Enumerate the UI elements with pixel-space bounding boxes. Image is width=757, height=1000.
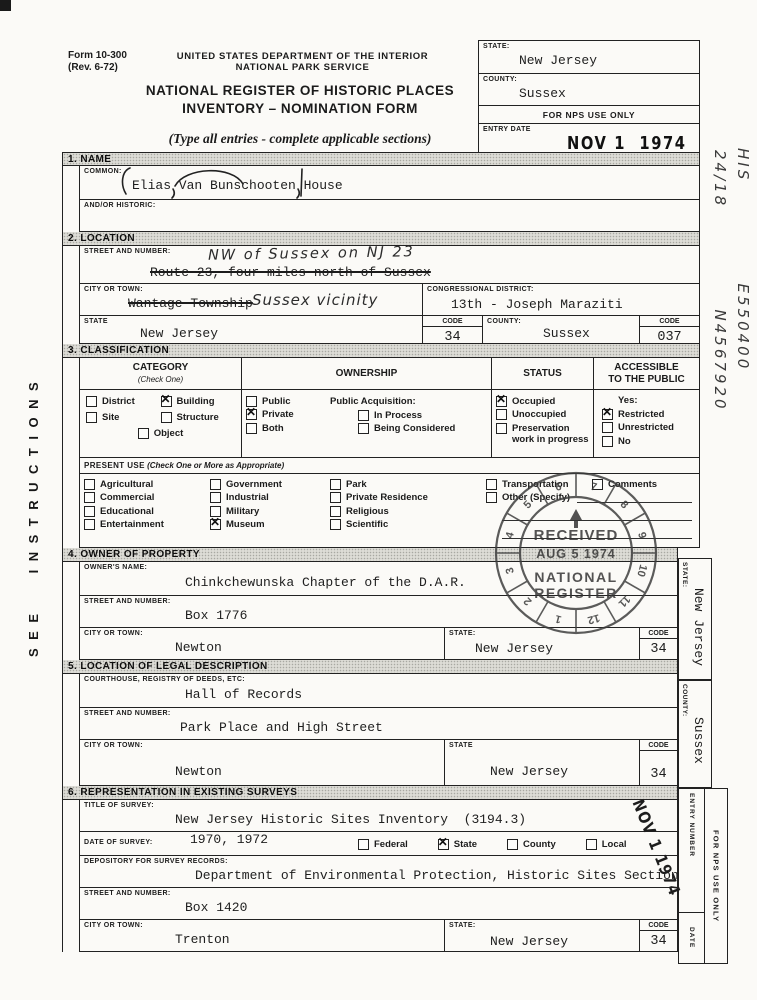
- owner-street-field: STREET AND NUMBER: Box 1776: [80, 596, 677, 628]
- checkbox-item-unoccupied[interactable]: Unoccupied: [496, 409, 589, 420]
- checkbox-site[interactable]: [86, 412, 97, 423]
- checkbox-item-private[interactable]: Private: [246, 409, 324, 420]
- for-nps-use-only-label: FOR NPS USE ONLY: [712, 830, 721, 922]
- margin-county-box: COUNTY: Sussex: [678, 680, 712, 788]
- city-label: CITY OR TOWN:: [84, 630, 143, 637]
- survey-code-field: CODE 34: [639, 920, 677, 951]
- checkbox-label-park: Park: [346, 479, 367, 490]
- margin-county-label: COUNTY:: [681, 684, 688, 717]
- checkbox-item-industrial[interactable]: Industrial: [210, 492, 330, 503]
- code-label: CODE: [423, 316, 482, 327]
- margin-state-box: STATE: New Jersey: [678, 558, 712, 680]
- owner-state-value: New Jersey: [475, 641, 553, 656]
- checkbox-item-public[interactable]: Public: [246, 396, 324, 407]
- checkbox-building[interactable]: [161, 396, 172, 407]
- county-label: COUNTY:: [483, 76, 517, 83]
- state-code-value: 34: [423, 330, 482, 345]
- status-checklist: OccupiedUnoccupiedPreservation work in p…: [492, 390, 593, 450]
- state-label: STATE:: [483, 43, 510, 50]
- courthouse-field: COURTHOUSE, REGISTRY OF DEEDS, ETC: Hall…: [80, 674, 677, 708]
- checkbox-label-restricted: Restricted: [618, 409, 664, 420]
- state-label: STATE: [449, 742, 473, 749]
- code-label: CODE: [640, 316, 699, 327]
- code-label: CODE: [640, 920, 677, 931]
- entry-number-cell: ENTRY NUMBER: [679, 789, 704, 913]
- courthouse-label: COURTHOUSE, REGISTRY OF DEEDS, ETC:: [84, 676, 245, 683]
- checkbox-occupied[interactable]: [496, 396, 507, 407]
- checkbox-unoccupied[interactable]: [496, 409, 507, 420]
- use-column-4: TransportationOther (Specify): [486, 476, 592, 547]
- section-3-header: 3. CLASSIFICATION: [63, 344, 699, 358]
- accessible-title-line2: TO THE PUBLIC: [608, 374, 684, 385]
- checkbox-item-comments[interactable]: Comments: [592, 479, 699, 490]
- for-nps-use-only-column: FOR NPS USE ONLY: [705, 789, 727, 963]
- checkbox-label-both: Both: [262, 423, 284, 434]
- checkbox-item-park[interactable]: Park: [330, 479, 486, 490]
- accessible-title-line1: ACCESSIBLE: [614, 362, 678, 373]
- accessible-column: ACCESSIBLE TO THE PUBLIC Yes: Restricted…: [593, 358, 699, 457]
- checkbox-item-government[interactable]: Government: [210, 479, 330, 490]
- checkbox-structure[interactable]: [161, 412, 172, 423]
- present-use-grid: AgriculturalCommercialEducationalEnterta…: [80, 474, 699, 548]
- present-use-label: PRESENT USE: [84, 461, 145, 470]
- checkbox-transportation[interactable]: [486, 479, 497, 490]
- checkbox-label-local: Local: [602, 839, 627, 850]
- common-name-value: Elias Van Bunschooten House: [132, 178, 343, 193]
- street-struck-value: Route 23, four miles north of Sussex: [150, 265, 431, 280]
- owner-city-row: CITY OR TOWN: Newton STATE: New Jersey C…: [80, 628, 677, 660]
- owner-name-field: OWNER'S NAME: Chinkchewunska Chapter of …: [80, 562, 677, 596]
- depository-label: DEPOSITORY FOR SURVEY RECORDS:: [84, 858, 228, 865]
- survey-title-value: New Jersey Historic Sites Inventory (319…: [175, 812, 526, 827]
- checkbox-preservation-work-in-progress[interactable]: [496, 423, 507, 434]
- handwritten-utm-note-inner: 24/18 N4567920: [711, 150, 729, 412]
- survey-city-value: Trenton: [175, 932, 230, 947]
- survey-date-field: DATE OF SURVEY: 1970, 1972 FederalStateC…: [80, 832, 677, 856]
- margin-state-label: STATE:: [681, 562, 688, 588]
- checkbox-private[interactable]: [246, 409, 257, 420]
- common-name-field: COMMON: Elias Van Bunschooten House: [80, 166, 699, 200]
- state-value: New Jersey: [140, 326, 218, 341]
- checkbox-label-industrial: Industrial: [226, 492, 269, 503]
- district-label: CONGRESSIONAL DISTRICT:: [427, 286, 534, 293]
- section-1-header: 1. NAME: [63, 152, 699, 166]
- code-label: CODE: [640, 628, 677, 639]
- city-field: CITY OR TOWN: Wantage Township Sussex vi…: [80, 284, 422, 315]
- checkbox-unrestricted[interactable]: [602, 422, 613, 433]
- category-checklist: DistrictBuildingSiteStructureObject: [80, 390, 241, 444]
- owner-code-field: CODE 34: [639, 628, 677, 659]
- acquisition-group: Public Acquisition: In ProcessBeing Cons…: [328, 390, 491, 440]
- entry-number-label: ENTRY NUMBER: [688, 789, 695, 912]
- checkbox-state[interactable]: [438, 839, 449, 850]
- ownership-column: OWNERSHIP PublicPrivateBoth Public Acqui…: [241, 358, 491, 457]
- checkbox-local[interactable]: [586, 839, 597, 850]
- category-title-text: CATEGORY: [133, 362, 189, 373]
- survey-city-field: CITY OR TOWN: Trenton: [80, 920, 444, 951]
- checkbox-label-agricultural: Agricultural: [100, 479, 153, 490]
- checkbox-item-preservation-work-in-progress[interactable]: Preservation work in progress: [496, 423, 589, 445]
- margin-nps-use-box: ENTRY NUMBER DATE FOR NPS USE ONLY: [678, 788, 728, 964]
- street-label: STREET AND NUMBER:: [84, 710, 171, 717]
- owner-name-value: Chinkchewunska Chapter of the D.A.R.: [185, 575, 466, 590]
- category-column: CATEGORY (Check One) DistrictBuildingSit…: [80, 358, 241, 457]
- section-3-classification: 3. CLASSIFICATION CATEGORY (Check One) D…: [62, 344, 700, 548]
- depository-value: Department of Environmental Protection, …: [195, 868, 679, 883]
- congressional-district-field: CONGRESSIONAL DISTRICT: 13th - Joseph Ma…: [422, 284, 699, 315]
- city-label: CITY OR TOWN:: [84, 922, 143, 929]
- survey-level-checklist: FederalStateCountyLocal: [358, 836, 627, 852]
- department-heading: UNITED STATES DEPARTMENT OF THE INTERIOR…: [130, 51, 475, 73]
- checkbox-entertainment[interactable]: [84, 519, 95, 530]
- county-field: COUNTY: Sussex: [482, 316, 639, 343]
- see-instructions-note: SEE INSTRUCTIONS: [26, 374, 41, 657]
- checkbox-label-scientific: Scientific: [346, 519, 388, 530]
- entry-date-stamp: NOV 1 1974: [567, 134, 687, 154]
- checkbox-item-educational[interactable]: Educational: [84, 506, 210, 517]
- checkbox-label-object: Object: [154, 428, 184, 439]
- checkbox-label-military: Military: [226, 506, 259, 517]
- checkbox-label-other-specify: Other (Specify): [502, 492, 570, 503]
- section-5-legal: 5. LOCATION OF LEGAL DESCRIPTION COURTHO…: [62, 660, 678, 786]
- checkbox-label-structure: Structure: [177, 412, 219, 423]
- use-column-3: ParkPrivate ResidenceReligiousScientific: [330, 476, 486, 547]
- owner-state-field: STATE: New Jersey: [444, 628, 639, 659]
- survey-date-value: 1970, 1972: [190, 832, 268, 847]
- checkbox-item-both[interactable]: Both: [246, 423, 324, 434]
- checkbox-no[interactable]: [602, 436, 613, 447]
- checkbox-item-military[interactable]: Military: [210, 506, 330, 517]
- checkbox-label-state: State: [454, 839, 477, 850]
- entry-date-label: ENTRY DATE: [483, 126, 531, 133]
- date-cell: DATE: [679, 913, 704, 963]
- checkbox-in-process[interactable]: [358, 410, 369, 421]
- survey-code-value: 34: [640, 934, 677, 949]
- checkbox-being-considered[interactable]: [358, 423, 369, 434]
- section-4-header: 4. OWNER OF PROPERTY: [63, 548, 677, 562]
- checkbox-label-federal: Federal: [374, 839, 408, 850]
- use-column-1: AgriculturalCommercialEducationalEnterta…: [84, 476, 210, 547]
- survey-title-label: TITLE OF SURVEY:: [84, 802, 154, 809]
- owner-city-field: CITY OR TOWN: Newton: [80, 628, 444, 659]
- scan-corner-artifact: [0, 0, 11, 11]
- checkbox-industrial[interactable]: [210, 492, 221, 503]
- agency-line: NATIONAL PARK SERVICE: [130, 62, 475, 73]
- owner-street-value: Box 1776: [185, 608, 247, 623]
- street-handwritten-value: NW of Sussex on NJ 23: [208, 244, 415, 264]
- checkbox-label-site: Site: [102, 412, 119, 423]
- form-number: Form 10-300 (Rev. 6-72): [68, 50, 127, 74]
- form-title-line2: INVENTORY – NOMINATION FORM: [95, 101, 505, 116]
- checkbox-museum[interactable]: [210, 519, 221, 530]
- checkbox-both[interactable]: [246, 423, 257, 434]
- category-title: CATEGORY (Check One): [80, 358, 241, 390]
- checkbox-county[interactable]: [507, 839, 518, 850]
- accessible-title: ACCESSIBLE TO THE PUBLIC: [594, 358, 699, 390]
- for-nps-use-only-bar: FOR NPS USE ONLY: [479, 105, 699, 123]
- street-field: STREET AND NUMBER: NW of Sussex on NJ 23…: [80, 246, 699, 284]
- checkbox-object[interactable]: [138, 428, 149, 439]
- historic-name-field: AND/OR HISTORIC:: [80, 200, 699, 232]
- checkbox-item-no[interactable]: No: [602, 436, 695, 447]
- state-code-field: CODE 34: [422, 316, 482, 343]
- other-specify-line: [577, 502, 692, 503]
- legal-city-field: CITY OR TOWN: Newton: [80, 740, 444, 785]
- section-1-name: 1. NAME COMMON: Elias Van Bunschooten Ho…: [62, 152, 700, 232]
- checkbox-label-museum: Museum: [226, 519, 265, 530]
- checkbox-commercial[interactable]: [84, 492, 95, 503]
- checkbox-label-educational: Educational: [100, 506, 154, 517]
- other-specify-line: [502, 520, 692, 521]
- checkbox-label-private-residence: Private Residence: [346, 492, 428, 503]
- county-label: COUNTY:: [487, 318, 521, 325]
- survey-street-field: STREET AND NUMBER: Box 1420: [80, 888, 677, 920]
- checkbox-item-district[interactable]: District: [86, 396, 161, 407]
- state-value: New Jersey: [519, 53, 597, 68]
- handwritten-utm-note-outer: HIS E550400: [734, 148, 752, 371]
- city-handwritten-value: Sussex vicinity: [252, 291, 378, 309]
- ownership-title: OWNERSHIP: [242, 358, 491, 390]
- survey-state-value: New Jersey: [490, 934, 568, 949]
- present-use-subtitle: (Check One or More as Appropriate): [147, 461, 284, 470]
- checkbox-item-museum[interactable]: Museum: [210, 519, 330, 530]
- checkbox-label-county: County: [523, 839, 556, 850]
- margin-county-value: Sussex: [681, 717, 706, 764]
- checkbox-agricultural[interactable]: [84, 479, 95, 490]
- checkbox-item-religious[interactable]: Religious: [330, 506, 486, 517]
- city-label: CITY OR TOWN:: [84, 286, 143, 293]
- category-subtitle: (Check One): [80, 374, 241, 386]
- county-code-field: CODE 037: [639, 316, 699, 343]
- checkbox-label-comments: Comments: [608, 479, 657, 490]
- checkbox-item-occupied[interactable]: Occupied: [496, 396, 589, 407]
- date-label: DATE: [688, 927, 695, 948]
- legal-state-field: STATE New Jersey: [444, 740, 639, 785]
- ownership-checklist: PublicPrivateBoth: [242, 390, 328, 440]
- checkbox-item-commercial[interactable]: Commercial: [84, 492, 210, 503]
- checkbox-label-in-process: In Process: [374, 410, 422, 421]
- checkbox-item-being-considered[interactable]: Being Considered: [358, 423, 489, 434]
- survey-city-row: CITY OR TOWN: Trenton STATE: New Jersey …: [80, 920, 677, 952]
- common-label: COMMON:: [84, 168, 122, 175]
- district-value: 13th - Joseph Maraziti: [451, 297, 623, 312]
- use-column-2: GovernmentIndustrialMilitaryMuseum: [210, 476, 330, 547]
- legal-street-field: STREET AND NUMBER: Park Place and High S…: [80, 708, 677, 740]
- county-value: Sussex: [543, 326, 590, 341]
- section-2-location: 2. LOCATION STREET AND NUMBER: NW of Sus…: [62, 232, 700, 344]
- checkbox-religious[interactable]: [330, 506, 341, 517]
- checkbox-government[interactable]: [210, 479, 221, 490]
- checkbox-item-federal[interactable]: Federal: [358, 839, 408, 850]
- checkbox-label-public: Public: [262, 396, 291, 407]
- state-county-code-row: STATE New Jersey CODE 34 COUNTY: Sussex …: [80, 316, 699, 344]
- survey-title-field: TITLE OF SURVEY: New Jersey Historic Sit…: [80, 800, 677, 832]
- checkbox-item-state[interactable]: State: [438, 839, 477, 850]
- courthouse-value: Hall of Records: [185, 687, 302, 702]
- form-title-line1: NATIONAL REGISTER OF HISTORIC PLACES: [95, 83, 505, 98]
- form-number-line2: (Rev. 6-72): [68, 62, 127, 74]
- checkbox-item-scientific[interactable]: Scientific: [330, 519, 486, 530]
- city-struck-value: Wantage Township: [128, 296, 253, 311]
- checkbox-educational[interactable]: [84, 506, 95, 517]
- accessible-group: Yes: RestrictedUnrestrictedNo: [594, 390, 699, 452]
- checkbox-item-unrestricted[interactable]: Unrestricted: [602, 422, 695, 433]
- county-value: Sussex: [519, 86, 566, 101]
- checkbox-label-no: No: [618, 436, 631, 447]
- use-column-5: Comments: [592, 476, 699, 547]
- department-line: UNITED STATES DEPARTMENT OF THE INTERIOR: [130, 51, 475, 62]
- scanned-nomination-form-page: Form 10-300 (Rev. 6-72) UNITED STATES DE…: [0, 0, 757, 1000]
- status-title: STATUS: [492, 358, 593, 390]
- street-label: STREET AND NUMBER:: [84, 598, 171, 605]
- legal-street-value: Park Place and High Street: [180, 720, 383, 735]
- checkbox-other-specify[interactable]: [486, 492, 497, 503]
- legal-state-value: New Jersey: [490, 764, 568, 779]
- checkbox-label-unoccupied: Unoccupied: [512, 409, 566, 420]
- state-field: STATE New Jersey: [80, 316, 422, 343]
- county-code-value: 037: [640, 330, 699, 345]
- depository-field: DEPOSITORY FOR SURVEY RECORDS: Departmen…: [80, 856, 677, 888]
- checkbox-label-being-considered: Being Considered: [374, 423, 455, 434]
- checkbox-park[interactable]: [330, 479, 341, 490]
- checkbox-item-agricultural[interactable]: Agricultural: [84, 479, 210, 490]
- checkbox-item-object[interactable]: Object: [86, 428, 235, 439]
- checkbox-label-unrestricted: Unrestricted: [618, 422, 674, 433]
- checkbox-item-restricted[interactable]: Restricted: [602, 409, 695, 420]
- checkbox-federal[interactable]: [358, 839, 369, 850]
- owner-code-value: 34: [640, 642, 677, 657]
- accessible-checklist: RestrictedUnrestrictedNo: [598, 409, 695, 447]
- form-number-line1: Form 10-300: [68, 50, 127, 62]
- survey-date-label: DATE OF SURVEY:: [84, 839, 153, 846]
- checkbox-comments[interactable]: [592, 479, 603, 490]
- checkbox-district[interactable]: [86, 396, 97, 407]
- state-label: STATE:: [449, 922, 476, 929]
- street-label: STREET AND NUMBER:: [84, 890, 171, 897]
- survey-street-value: Box 1420: [185, 900, 247, 915]
- historic-label: AND/OR HISTORIC:: [84, 202, 156, 209]
- checkbox-item-building[interactable]: Building: [161, 396, 236, 407]
- state-row: STATE: New Jersey: [479, 41, 699, 73]
- checkbox-item-site[interactable]: Site: [86, 412, 161, 423]
- acquisition-checklist: In ProcessBeing Considered: [330, 410, 489, 435]
- code-label: CODE: [640, 740, 677, 751]
- county-row: COUNTY: Sussex: [479, 73, 699, 105]
- checkbox-label-government: Government: [226, 479, 282, 490]
- entry-number-column: ENTRY NUMBER DATE: [679, 789, 705, 963]
- checkbox-label-private: Private: [262, 409, 294, 420]
- checkbox-label-occupied: Occupied: [512, 396, 555, 407]
- checkbox-private-residence[interactable]: [330, 492, 341, 503]
- section-4-owner: 4. OWNER OF PROPERTY OWNER'S NAME: Chink…: [62, 548, 678, 660]
- section-5-header: 5. LOCATION OF LEGAL DESCRIPTION: [63, 660, 677, 674]
- classification-table: CATEGORY (Check One) DistrictBuildingSit…: [80, 358, 699, 458]
- checkbox-label-building: Building: [177, 396, 215, 407]
- city-label: CITY OR TOWN:: [84, 742, 143, 749]
- acquisition-label: Public Acquisition:: [330, 396, 489, 407]
- checkbox-label-district: District: [102, 396, 135, 407]
- checkbox-item-local[interactable]: Local: [586, 839, 627, 850]
- section-6-surveys: 6. REPRESENTATION IN EXISTING SURVEYS TI…: [62, 786, 678, 952]
- other-specify-line: [502, 538, 692, 539]
- checkbox-scientific[interactable]: [330, 519, 341, 530]
- street-label: STREET AND NUMBER:: [84, 248, 171, 255]
- city-district-row: CITY OR TOWN: Wantage Township Sussex vi…: [80, 284, 699, 316]
- survey-state-field: STATE: New Jersey: [444, 920, 639, 951]
- legal-code-value: 34: [640, 767, 677, 782]
- checkbox-item-in-process[interactable]: In Process: [358, 410, 489, 421]
- checkbox-item-transportation[interactable]: Transportation: [486, 479, 592, 490]
- owner-name-label: OWNER'S NAME:: [84, 564, 147, 571]
- legal-city-row: CITY OR TOWN: Newton STATE New Jersey CO…: [80, 740, 677, 786]
- checkbox-restricted[interactable]: [602, 409, 613, 420]
- margin-state-value: New Jersey: [681, 588, 706, 666]
- checkbox-item-county[interactable]: County: [507, 839, 556, 850]
- checkbox-label-religious: Religious: [346, 506, 389, 517]
- owner-city-value: Newton: [175, 640, 222, 655]
- checkbox-item-entertainment[interactable]: Entertainment: [84, 519, 210, 530]
- state-county-box: STATE: New Jersey COUNTY: Sussex FOR NPS…: [478, 40, 700, 160]
- checkbox-label-preservation-work-in-progress: Preservation work in progress: [512, 423, 589, 445]
- state-label: STATE: [84, 318, 108, 325]
- accessible-yes-label: Yes:: [618, 395, 695, 406]
- checkbox-item-structure[interactable]: Structure: [161, 412, 236, 423]
- present-use-label-row: PRESENT USE (Check One or More as Approp…: [80, 458, 699, 474]
- state-label: STATE:: [449, 630, 476, 637]
- status-column: STATUS OccupiedUnoccupiedPreservation wo…: [491, 358, 593, 457]
- legal-city-value: Newton: [175, 764, 222, 779]
- checkbox-label-commercial: Commercial: [100, 492, 154, 503]
- type-instruction: (Type all entries - complete applicable …: [95, 131, 505, 147]
- checkbox-label-entertainment: Entertainment: [100, 519, 164, 530]
- checkbox-label-transportation: Transportation: [502, 479, 569, 490]
- legal-code-field: CODE 34: [639, 740, 677, 785]
- checkbox-item-private-residence[interactable]: Private Residence: [330, 492, 486, 503]
- nomination-form-body: 1. NAME COMMON: Elias Van Bunschooten Ho…: [62, 152, 700, 952]
- section-6-header: 6. REPRESENTATION IN EXISTING SURVEYS: [63, 786, 677, 800]
